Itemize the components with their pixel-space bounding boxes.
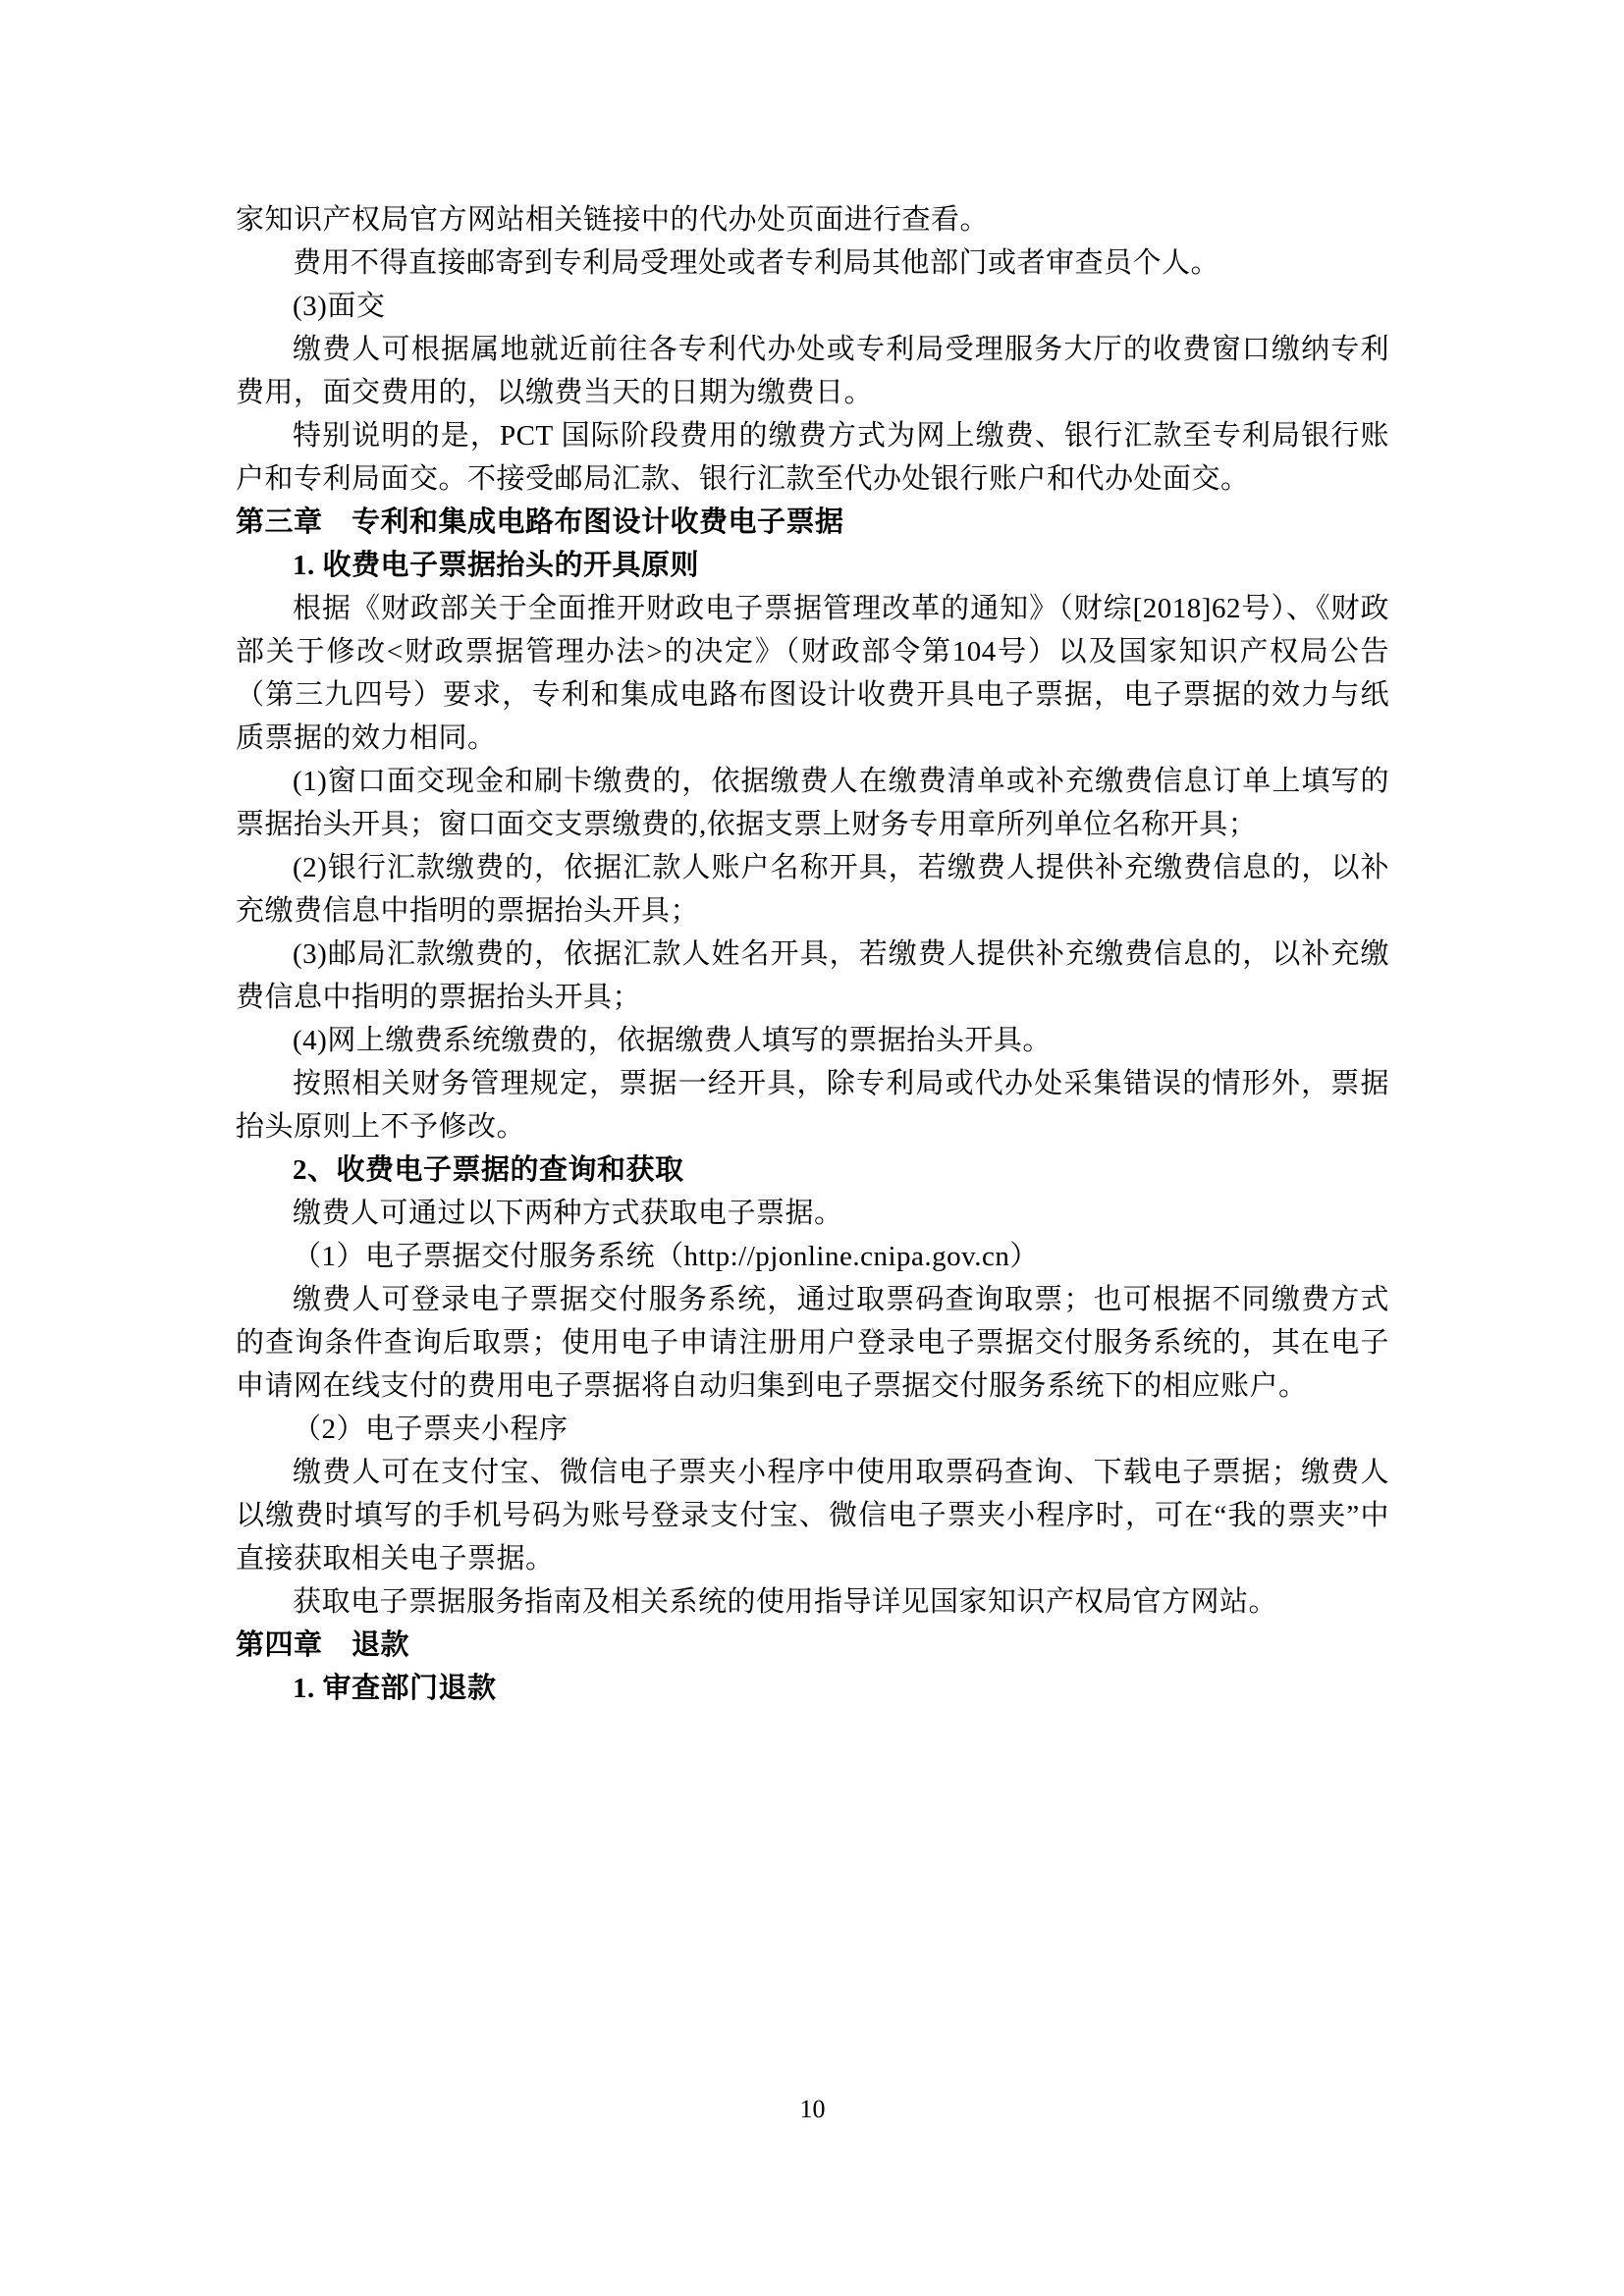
- paragraph-continuation: 家知识产权局官方网站相关链接中的代办处页面进行查看。: [236, 198, 1389, 241]
- paragraph-item-face-delivery: (3)面交: [236, 285, 1389, 328]
- chapter-4-heading: 第四章 退款: [236, 1624, 1389, 1667]
- paragraph: 缴费人可根据属地就近前往各专利代办处或专利局受理服务大厅的收费窗口缴纳专利费用，…: [236, 328, 1389, 414]
- paragraph-item-1: (1)窗口面交现金和刷卡缴费的，依据缴费人在缴费清单或补充缴费信息订单上填写的票…: [236, 760, 1389, 846]
- paragraph: 费用不得直接邮寄到专利局受理处或者专利局其他部门或者审查员个人。: [236, 241, 1389, 285]
- paragraph: 缴费人可登录电子票据交付服务系统，通过取票码查询取票；也可根据不同缴费方式的查询…: [236, 1278, 1389, 1408]
- section-1-heading: 1. 收费电子票据抬头的开具原则: [236, 544, 1389, 587]
- paragraph-item-mini-program: （2）电子票夹小程序: [236, 1408, 1389, 1451]
- paragraph: 按照相关财务管理规定，票据一经开具，除专利局或代办处采集错误的情形外，票据抬头原…: [236, 1062, 1389, 1148]
- paragraph: 根据《财政部关于全面推开财政电子票据管理改革的通知》（财综[2018]62号）、…: [236, 587, 1389, 760]
- chapter-3-heading: 第三章 专利和集成电路布图设计收费电子票据: [236, 501, 1389, 544]
- paragraph-pct-note: 特别说明的是，PCT 国际阶段费用的缴费方式为网上缴费、银行汇款至专利局银行账户…: [236, 414, 1389, 501]
- document-body: 家知识产权局官方网站相关链接中的代办处页面进行查看。 费用不得直接邮寄到专利局受…: [236, 198, 1389, 1710]
- paragraph: 获取电子票据服务指南及相关系统的使用指导详见国家知识产权局官方网站。: [236, 1580, 1389, 1624]
- paragraph: 缴费人可通过以下两种方式获取电子票据。: [236, 1192, 1389, 1235]
- document-page: 家知识产权局官方网站相关链接中的代办处页面进行查看。 费用不得直接邮寄到专利局受…: [0, 0, 1624, 2296]
- paragraph-item-2: (2)银行汇款缴费的，依据汇款人账户名称开具，若缴费人提供补充缴费信息的，以补充…: [236, 846, 1389, 933]
- paragraph-item-delivery-system: （1）电子票据交付服务系统（http://pjonline.cnipa.gov.…: [236, 1235, 1389, 1278]
- paragraph-item-3: (3)邮局汇款缴费的，依据汇款人姓名开具，若缴费人提供补充缴费信息的，以补充缴费…: [236, 933, 1389, 1019]
- paragraph-item-4: (4)网上缴费系统缴费的，依据缴费人填写的票据抬头开具。: [236, 1019, 1389, 1062]
- section-refund-heading: 1. 审查部门退款: [236, 1667, 1389, 1710]
- section-2-heading: 2、收费电子票据的查询和获取: [236, 1148, 1389, 1192]
- page-number: 10: [236, 2095, 1389, 2124]
- paragraph: 缴费人可在支付宝、微信电子票夹小程序中使用取票码查询、下载电子票据；缴费人以缴费…: [236, 1451, 1389, 1580]
